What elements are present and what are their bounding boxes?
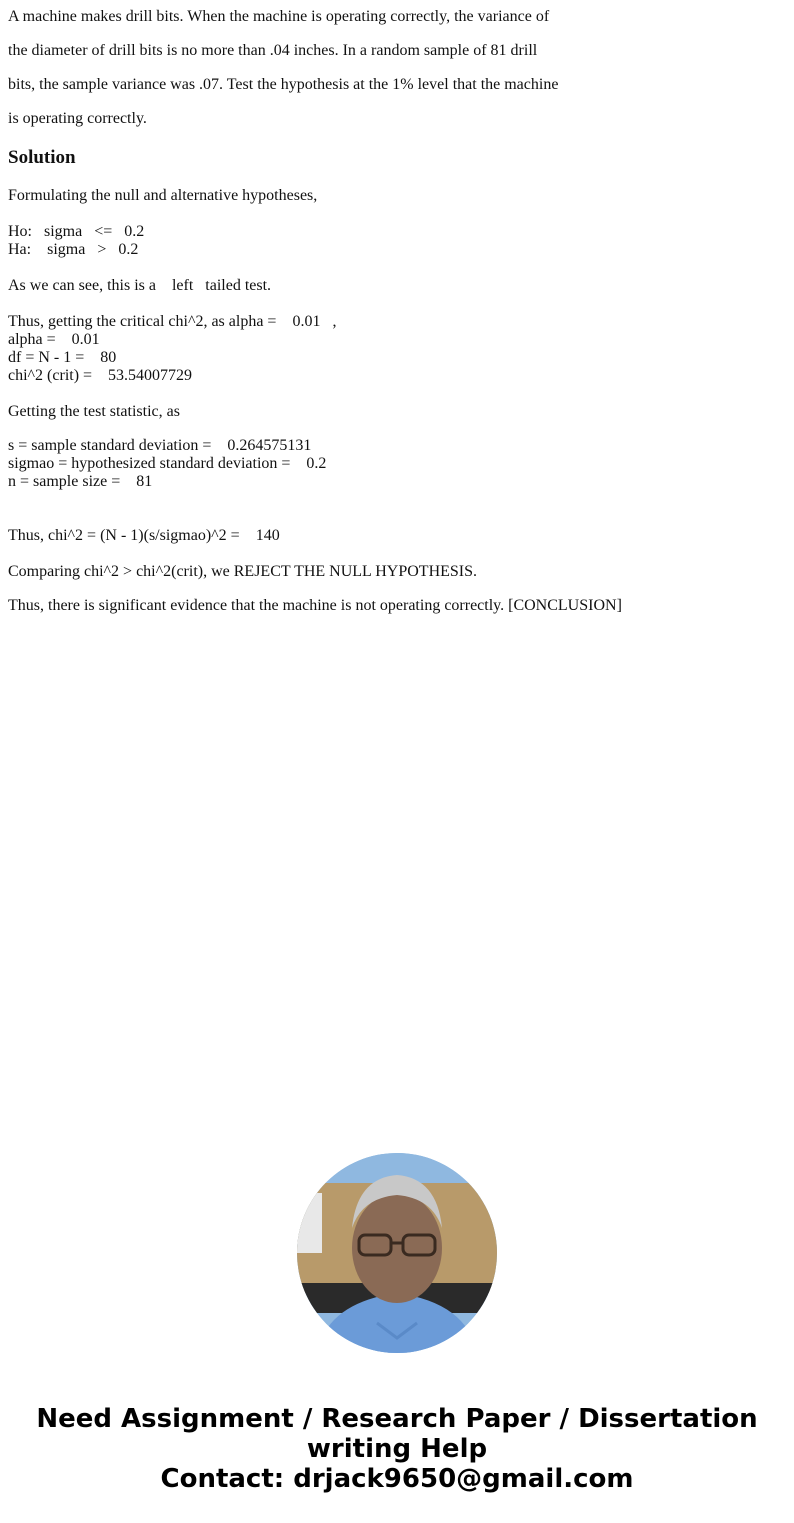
tail-text: As we can see, this is a left tailed tes… bbox=[8, 277, 271, 295]
comparison: Comparing chi^2 > chi^2(crit), we REJECT… bbox=[8, 563, 477, 581]
sample-size: n = sample size = 81 bbox=[8, 473, 152, 491]
avatar bbox=[297, 1153, 497, 1353]
conclusion: Thus, there is significant evidence that… bbox=[8, 597, 622, 615]
alpha-value: alpha = 0.01 bbox=[8, 331, 100, 349]
question-line: the diameter of drill bits is no more th… bbox=[8, 34, 588, 68]
stat-intro: Getting the test statistic, as bbox=[8, 403, 180, 421]
solution-heading: Solution bbox=[8, 146, 76, 170]
chi-stat: Thus, chi^2 = (N - 1)(s/sigmao)^2 = 140 bbox=[8, 527, 280, 545]
question-text: A machine makes drill bits. When the mac… bbox=[8, 0, 588, 136]
person-photo-icon bbox=[297, 1153, 497, 1353]
intro-text: Formulating the null and alternative hyp… bbox=[8, 187, 317, 205]
alternative-hypothesis: Ha: sigma > 0.2 bbox=[8, 241, 138, 259]
promo-banner: Need Assignment / Research Paper / Disse… bbox=[0, 1404, 794, 1494]
hypothesized-sd: sigmao = hypothesized standard deviation… bbox=[8, 455, 326, 473]
chi-crit-value: chi^2 (crit) = 53.54007729 bbox=[8, 367, 192, 385]
question-line: bits, the sample variance was .07. Test … bbox=[8, 68, 588, 102]
sample-sd: s = sample standard deviation = 0.264575… bbox=[8, 437, 311, 455]
question-line: is operating correctly. bbox=[8, 102, 588, 136]
critical-intro: Thus, getting the critical chi^2, as alp… bbox=[8, 313, 336, 331]
promo-contact: Contact: drjack9650@gmail.com bbox=[0, 1464, 794, 1494]
question-line: A machine makes drill bits. When the mac… bbox=[8, 0, 588, 34]
df-value: df = N - 1 = 80 bbox=[8, 349, 116, 367]
null-hypothesis: Ho: sigma <= 0.2 bbox=[8, 223, 144, 241]
promo-line-1: Need Assignment / Research Paper / Disse… bbox=[0, 1404, 794, 1434]
promo-line-2: writing Help bbox=[0, 1434, 794, 1464]
